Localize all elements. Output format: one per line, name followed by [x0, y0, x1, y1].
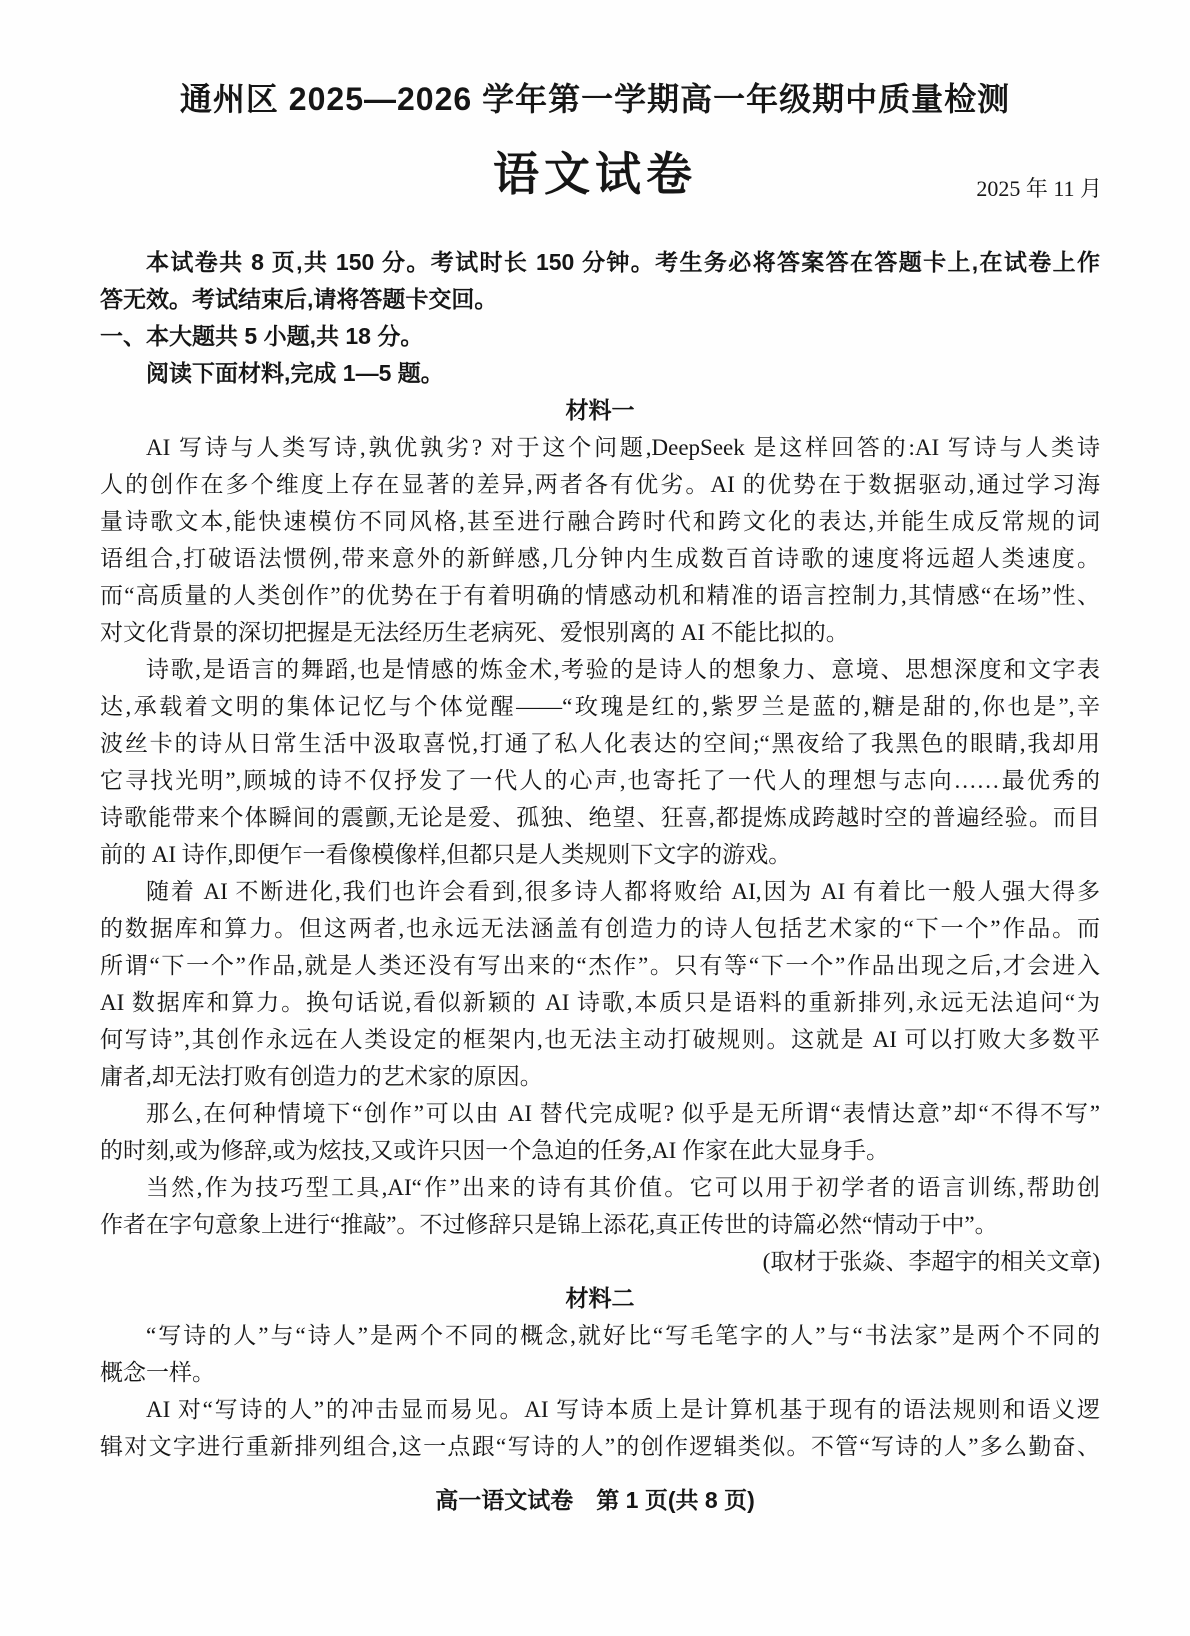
- body-line: AI 写诗与人类写诗,孰优孰劣? 对于这个问题,DeepSeek 是这样回答的:…: [100, 429, 1100, 466]
- body-line: 语组合,打破语法惯例,带来意外的新鲜感,几分钟内生成数百首诗歌的速度将远超人类速…: [100, 540, 1100, 577]
- body-line: 而“高质量的人类创作”的优势在于有着明确的情感动机和精准的语言控制力,其情感“在…: [100, 577, 1100, 614]
- body-line: 的数据库和算力。但这两者,也永远无法涵盖有创造力的诗人包括艺术家的“下一个”作品…: [100, 910, 1100, 947]
- body-line: 波丝卡的诗从日常生活中汲取喜悦,打通了私人化表达的空间;“黑夜给了我黑色的眼睛,…: [100, 725, 1100, 762]
- notice-line: 答无效。考试结束后,请将答题卡交回。: [100, 281, 1100, 318]
- page-footer: 高一语文试卷 第 1 页(共 8 页): [0, 1482, 1190, 1515]
- body-line: 达,承载着文明的集体记忆与个体觉醒——“玫瑰是红的,紫罗兰是蓝的,糖是甜的,你也…: [100, 688, 1100, 725]
- notice-line: 本试卷共 8 页,共 150 分。考试时长 150 分钟。考生务必将答案答在答题…: [100, 244, 1100, 281]
- body-line: 庸者,却无法打败有创造力的艺术家的原因。: [100, 1058, 1100, 1095]
- body-line: AI 数据库和算力。换句话说,看似新颖的 AI 诗歌,本质只是语料的重新排列,永…: [100, 984, 1100, 1021]
- body-line: 人的创作在多个维度上存在显著的差异,两者各有优劣。AI 的优势在于数据驱动,通过…: [100, 466, 1100, 503]
- body-line: 前的 AI 诗作,即便乍一看像模像样,但都只是人类规则下文字的游戏。: [100, 836, 1100, 873]
- body-line: 作者在字句意象上进行“推敲”。不过修辞只是锦上添花,真正传世的诗篇必然“情动于中…: [100, 1206, 1100, 1243]
- body-line: 诗歌,是语言的舞蹈,也是情感的炼金术,考验的是诗人的想象力、意境、思想深度和文字…: [100, 651, 1100, 688]
- body-line: 诗歌能带来个体瞬间的震颤,无论是爱、孤独、绝望、狂喜,都提炼成跨越时空的普遍经验…: [100, 799, 1100, 836]
- material-heading-line: 材料一: [100, 392, 1100, 429]
- body-line: 那么,在何种情境下“创作”可以由 AI 替代完成呢? 似乎是无所谓“表情达意”却…: [100, 1095, 1100, 1132]
- body-line: 概念一样。: [100, 1354, 1100, 1391]
- body-line: 它寻找光明”,顾城的诗不仅抒发了一代人的心声,也寄托了一代人的理想与志向……最优…: [100, 762, 1100, 799]
- exam-date: 2025 年 11 月: [976, 172, 1102, 203]
- paper-content: 本试卷共 8 页,共 150 分。考试时长 150 分钟。考生务必将答案答在答题…: [100, 244, 1100, 1465]
- body-line: 所谓“下一个”作品,就是人类还没有写出来的“杰作”。只有等“下一个”作品出现之后…: [100, 947, 1100, 984]
- body-line: 对文化背景的深切把握是无法经历生老病死、爱恨别离的 AI 不能比拟的。: [100, 614, 1100, 651]
- material-heading-line: 材料二: [100, 1280, 1100, 1317]
- body-line: 的时刻,或为修辞,或为炫技,又或许只因一个急迫的任务,AI 作家在此大显身手。: [100, 1132, 1100, 1169]
- body-line: 辑对文字进行重新排列组合,这一点跟“写诗的人”的创作逻辑类似。不管“写诗的人”多…: [100, 1428, 1100, 1465]
- body-line: “写诗的人”与“诗人”是两个不同的概念,就好比“写毛笔字的人”与“书法家”是两个…: [100, 1317, 1100, 1354]
- body-line: AI 对“写诗的人”的冲击显而易见。AI 写诗本质上是计算机基于现有的语法规则和…: [100, 1391, 1100, 1428]
- direction-line: 阅读下面材料,完成 1—5 题。: [100, 355, 1100, 392]
- exam-paper-page: 通州区 2025—2026 学年第一学期高一年级期中质量检测 语文试卷 2025…: [0, 0, 1190, 1636]
- attribution-line: (取材于张焱、李超宇的相关文章): [100, 1243, 1100, 1280]
- body-line: 量诗歌文本,能快速模仿不同风格,甚至进行融合跨时代和跨文化的表达,并能生成反常规…: [100, 503, 1100, 540]
- body-line: 随着 AI 不断进化,我们也许会看到,很多诗人都将败给 AI,因为 AI 有着比…: [100, 873, 1100, 910]
- body-line: 何写诗”,其创作永远在人类设定的框架内,也无法主动打破规则。这就是 AI 可以打…: [100, 1021, 1100, 1058]
- exam-title: 通州区 2025—2026 学年第一学期高一年级期中质量检测: [0, 74, 1190, 120]
- section-line: 一、本大题共 5 小题,共 18 分。: [100, 318, 1100, 355]
- body-line: 当然,作为技巧型工具,AI“作”出来的诗有其价值。它可以用于初学者的语言训练,帮…: [100, 1169, 1100, 1206]
